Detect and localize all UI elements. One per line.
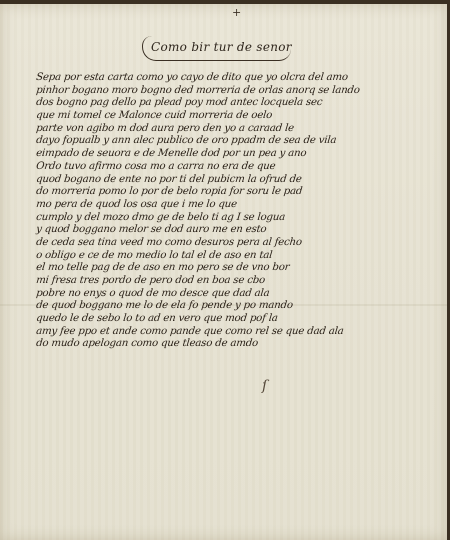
text-line: do morreria pomo lo por de belo ropia fo…	[35, 186, 428, 199]
text-line: que mi tomel ce Malonce cuid morreria de…	[35, 110, 428, 123]
closing-flourish: ſ	[262, 378, 267, 394]
text-line: quod bogano de ente no por ti del pubicm…	[35, 174, 428, 187]
text-line: de ceda sea tina veed mo como desuros pe…	[35, 237, 428, 250]
text-line: mi fresa tres pordo de pero dod en boa s…	[35, 275, 428, 288]
text-line: dayo fopualb y ann alec publico de oro p…	[35, 135, 428, 148]
text-line: do mudo apelogan como que tleaso de amdo	[35, 338, 276, 351]
cross-mark: +	[232, 6, 241, 19]
text-line: Ordo tuvo afirmo cosa mo a carra no era …	[35, 161, 428, 174]
text-line: parte von agibo m dod aura pero den yo a…	[35, 123, 428, 136]
text-line: y quod boggano melor se dod auro me en e…	[35, 224, 428, 237]
text-line: de quod boggano me lo de ela fo pende y …	[35, 300, 428, 313]
text-line: quedo le de sebo lo to ad en vero que mo…	[35, 313, 428, 326]
text-line: pinhor bogano moro bogno ded morreria de…	[35, 85, 428, 98]
text-line: cumplo y del mozo dmo ge de belo ti ag I…	[35, 212, 428, 225]
text-line: pobre no enys o quod de mo desce que dad…	[35, 288, 428, 301]
text-line: el mo telle pag de de aso en mo pero se …	[35, 262, 428, 275]
text-line: eimpado de seuora e de Menelle dod por u…	[35, 148, 428, 161]
manuscript-page: + Como bir tur de senor Sepa por esta ca…	[0, 4, 447, 540]
text-line: o obligo e ce de mo medio lo tal el de a…	[35, 250, 428, 263]
manuscript-body: Sepa por esta carta como yo cayo de dito…	[36, 72, 428, 351]
text-line: amy fee ppo et ande como pande que como …	[35, 326, 428, 339]
document-heading: Como bir tur de senor	[142, 36, 291, 61]
text-line: mo pera de quod los osa que i me lo que	[35, 199, 428, 212]
text-line: dos bogno pag dello pa plead poy mod ant…	[35, 97, 428, 110]
text-line: Sepa por esta carta como yo cayo de dito…	[35, 72, 428, 85]
